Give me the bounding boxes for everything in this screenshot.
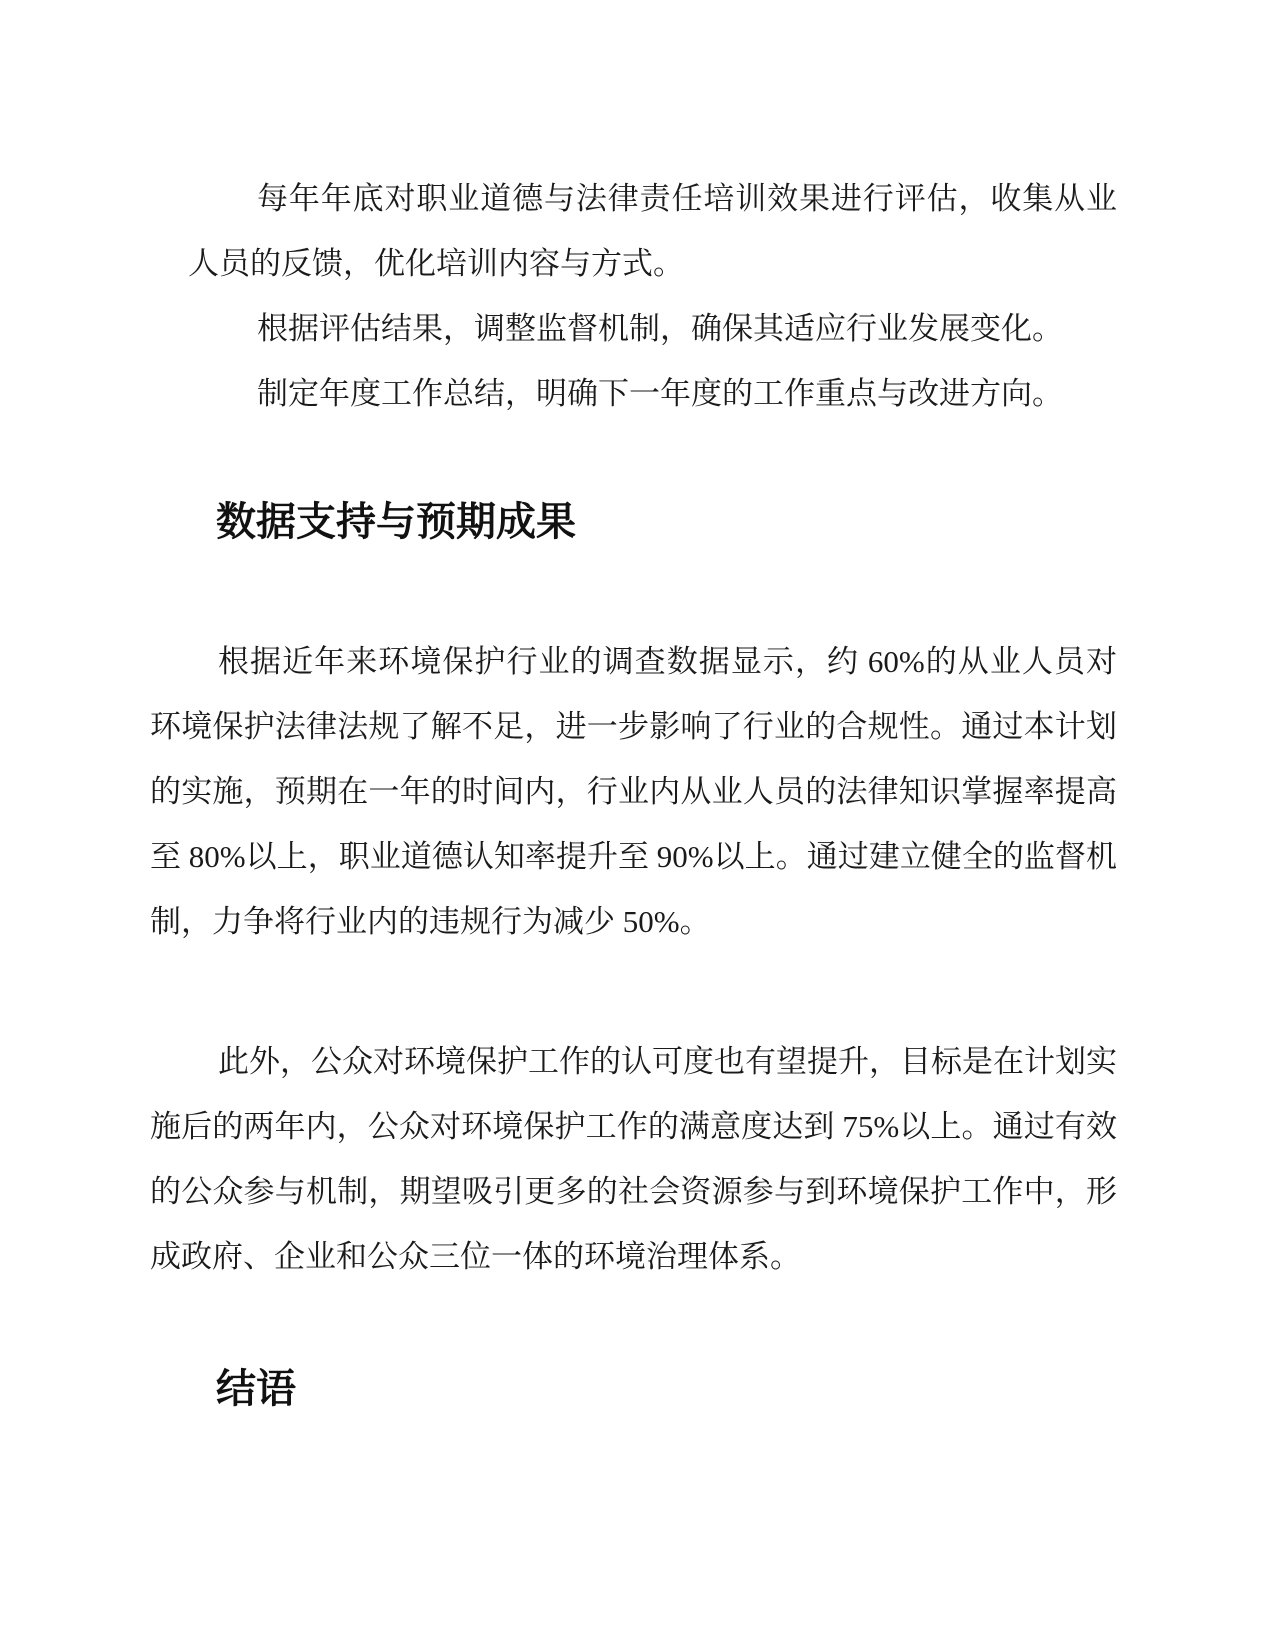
paragraph-survey-data-and-targets: 根据近年来环境保护行业的调查数据显示，约 60%的从业人员对环境保护法律法规了解… (150, 629, 1117, 954)
list-paragraph-mechanism-adjustment: 根据评估结果，调整监督机制，确保其适应行业发展变化。 (188, 296, 1117, 361)
document-page: 每年年底对职业道德与法律责任培训效果进行评估，收集从业人员的反馈，优化培训内容与… (0, 0, 1275, 1650)
list-paragraph-training-evaluation: 每年年底对职业道德与法律责任培训效果进行评估，收集从业人员的反馈，优化培训内容与… (188, 166, 1117, 296)
section-heading-data-support: 数据支持与预期成果 (216, 490, 1117, 555)
evaluation-list-block: 每年年底对职业道德与法律责任培训效果进行评估，收集从业人员的反馈，优化培训内容与… (150, 166, 1117, 426)
paragraph-public-recognition: 此外，公众对环境保护工作的认可度也有望提升，目标是在计划实施后的两年内，公众对环… (150, 1029, 1117, 1289)
document-content: 每年年底对职业道德与法律责任培训效果进行评估，收集从业人员的反馈，优化培训内容与… (150, 166, 1117, 1422)
list-paragraph-annual-summary: 制定年度工作总结，明确下一年度的工作重点与改进方向。 (188, 361, 1117, 426)
section-heading-conclusion: 结语 (216, 1357, 1117, 1422)
